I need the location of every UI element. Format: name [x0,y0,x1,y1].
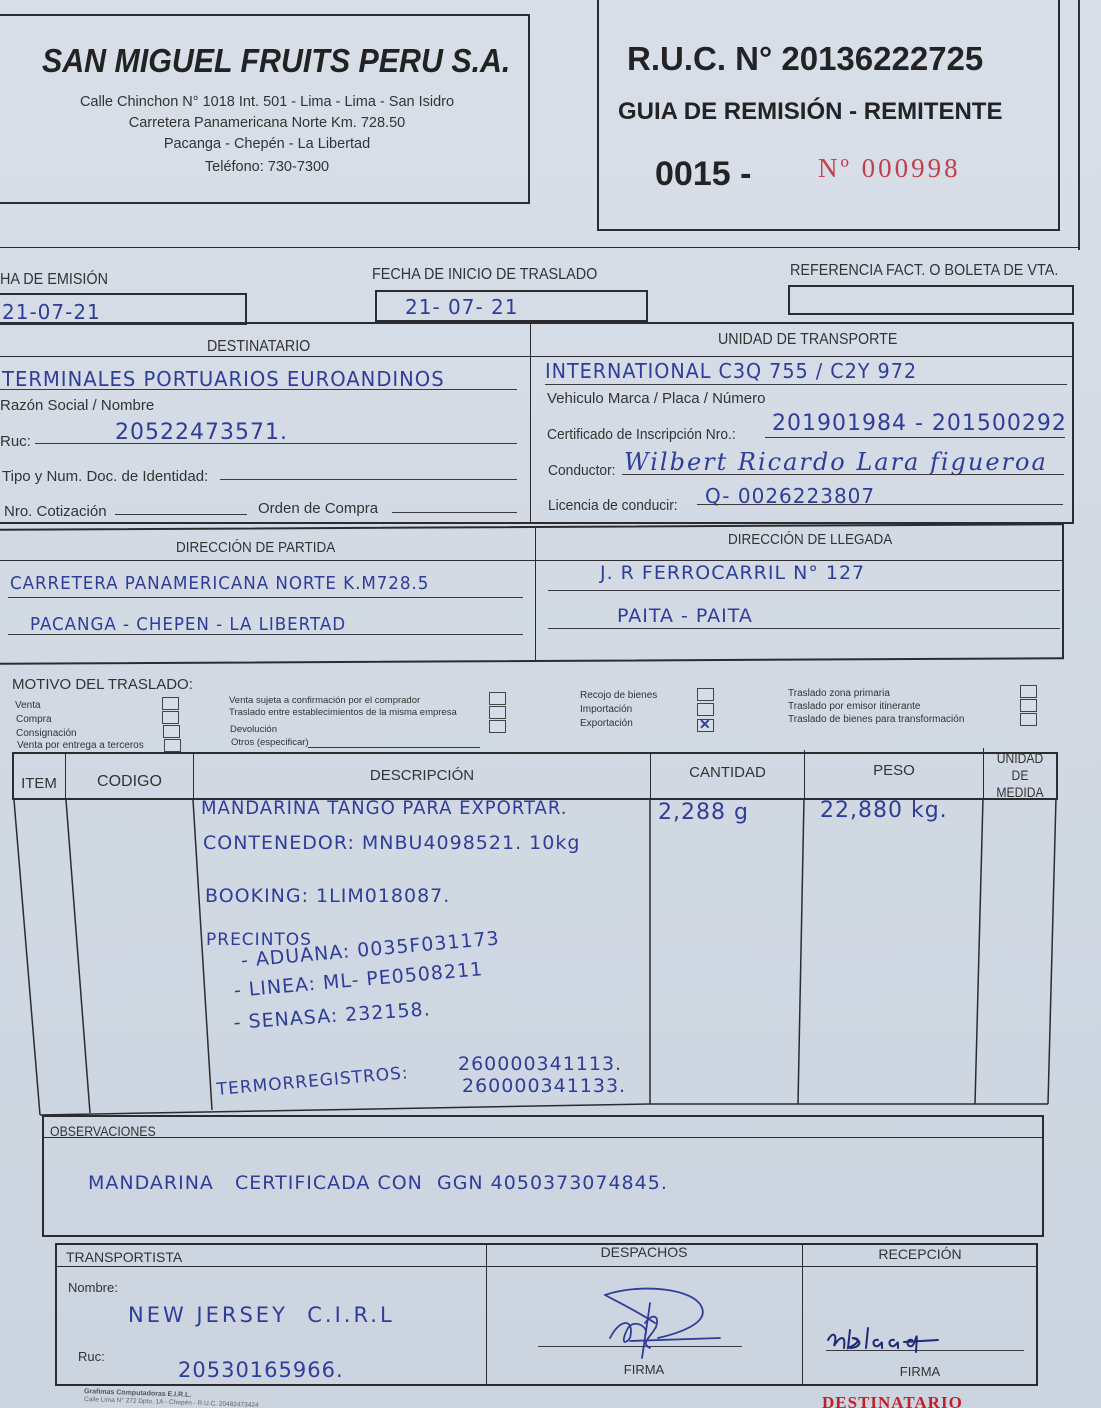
despachos-header: DESPACHOS [486,1244,802,1260]
recepcion-header: RECEPCIÓN [802,1246,1038,1262]
recepcion-firma-label: FIRMA [802,1364,1038,1379]
transportista-nombre-label: Nombre: [68,1280,118,1295]
peso-value: 22,880 kg. [820,798,948,823]
descripcion-line-10: 260000341133. [462,1075,626,1097]
copy-label: DESTINATARIO [822,1393,963,1408]
observaciones-value[interactable]: MANDARINA CERTIFICADA CON GGN 4050373074… [88,1172,668,1194]
divider [57,1266,1036,1267]
despachos-firma-label: FIRMA [486,1362,802,1377]
transportista-ruc-value: 20530165966. [178,1358,344,1382]
despachos-signature[interactable] [580,1283,730,1363]
observaciones-header: OBSERVACIONES [50,1123,156,1139]
cantidad-value: 2,288 g [658,800,749,825]
divider [802,1244,803,1384]
transportista-header: TRANSPORTISTA [66,1249,182,1265]
divider [44,1137,1042,1138]
descripcion-line-3: BOOKING: 1LIM018087. [205,885,450,907]
recepcion-signature[interactable] [820,1318,950,1358]
transportista-nombre-value: NEW JERSEY C.I.R.L [128,1303,395,1327]
transportista-ruc-label: Ruc: [78,1349,105,1364]
descripcion-line-2: CONTENEDOR: MNBU4098521. 10kg [203,832,580,854]
descripcion-line-1: MANDARINA TANGO PARA EXPORTAR. [201,797,567,819]
descripcion-line-9: 260000341113. [458,1053,622,1075]
